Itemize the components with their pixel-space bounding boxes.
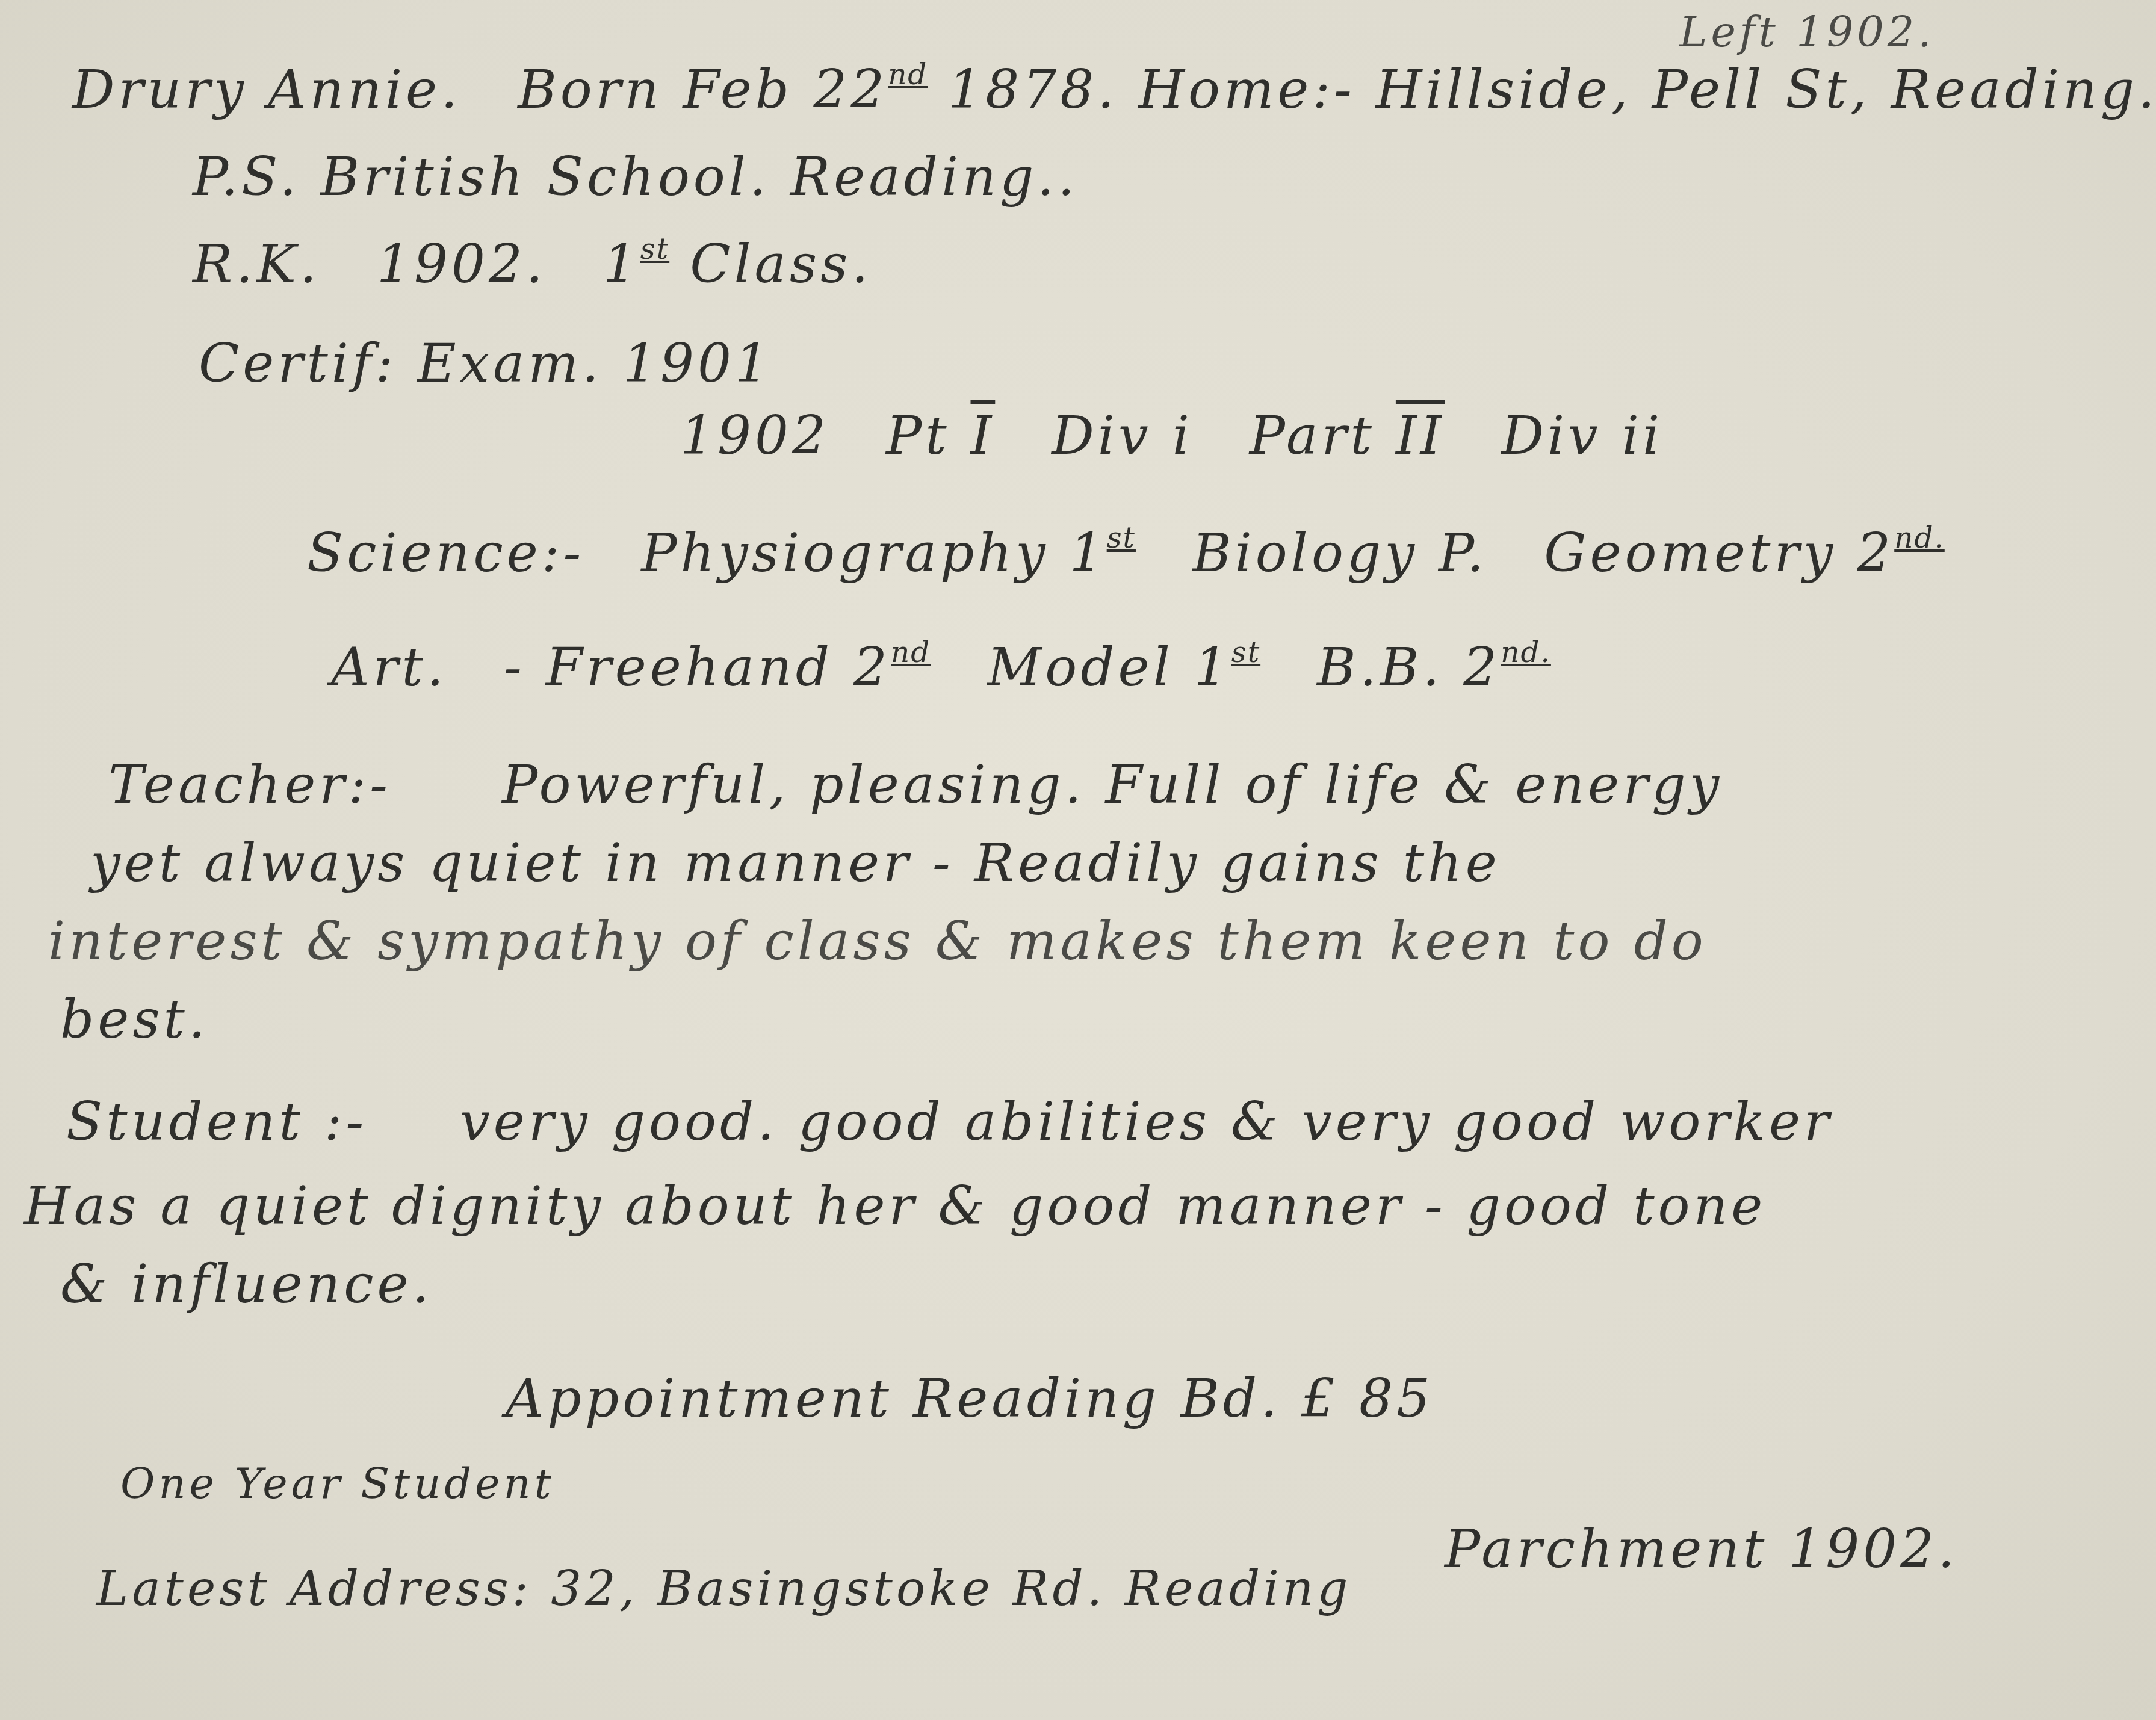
art-freehand-grade: 2 — [853, 636, 891, 698]
left-note: Left 1902. — [1679, 11, 1935, 53]
science-physiography-grade: 1 — [1070, 522, 1107, 584]
certif-part2: Part — [1250, 404, 1375, 466]
header-line: Drury Annie. Born Feb 22nd 1878. Home:- … — [72, 60, 2156, 116]
art-model-grade: 1 — [1194, 636, 1231, 698]
rk-class-number: 1 — [603, 233, 640, 295]
science-geometry-grade: 2 — [1857, 522, 1894, 584]
certif-line-1: Certif: Exam. 1901 — [199, 337, 772, 390]
teacher-label: Teacher:- — [108, 758, 391, 811]
student-label: Student :- — [66, 1095, 367, 1148]
art-freehand-suffix: nd — [891, 638, 931, 667]
teacher-remark-1: Powerful, pleasing. Full of life & energ… — [502, 753, 1723, 815]
ps-line: P.S. British School. Reading.. — [193, 150, 1078, 203]
rk-year: 1902. — [377, 238, 547, 291]
born-date-suffix: nd — [888, 58, 928, 91]
teacher-remark-4: best. — [60, 993, 209, 1046]
art-line: Art. - Freehand 2nd Model 1st B.B. 2nd. — [331, 638, 1551, 694]
teacher-remark-3: interest & sympathy of class & makes the… — [48, 915, 1707, 968]
rk-class-suffix: st — [640, 232, 669, 266]
science-biology: Biology P. — [1192, 527, 1487, 580]
certif-year: 1902 — [680, 409, 829, 462]
art-bb-grade: 2 — [1463, 636, 1501, 698]
rk-class-word: Class. — [690, 233, 872, 295]
student-remark-3: & influence. — [60, 1258, 433, 1311]
certif-div1: Div i — [1052, 409, 1193, 462]
certif-exam: Exam. 1901 — [417, 332, 772, 394]
art-model-suffix: st — [1231, 638, 1260, 667]
science-geometry: Geometry — [1544, 522, 1836, 584]
certif-pt-number: I — [971, 409, 996, 462]
certif-div2: Div ii — [1501, 404, 1663, 466]
science-geometry-suffix: nd. — [1894, 521, 1945, 555]
art-label: Art. — [331, 641, 447, 694]
certif-pt: Pt — [886, 404, 950, 466]
science-line: Science:- Physiography 1st Biology P. Ge… — [307, 524, 1945, 580]
science-label: Science:- — [307, 527, 584, 580]
home-address: Home:- Hillside, Pell St, Reading. — [1138, 58, 2156, 120]
student-remark-2: Has a quiet dignity about her & good man… — [24, 1180, 1766, 1233]
certif-part2-number: II — [1396, 409, 1445, 462]
parchment-line: Parchment 1902. — [1445, 1523, 1958, 1576]
student-remark-1: very good. good abilities & very good wo… — [460, 1090, 1833, 1152]
latest-address: Latest Address: 32, Basingstoke Rd. Read… — [96, 1565, 1351, 1613]
art-bb-suffix: nd. — [1501, 636, 1551, 669]
appointment-line: Appointment Reading Bd. £ 85 — [506, 1372, 1434, 1425]
science-physiography-suffix: st — [1107, 524, 1136, 552]
one-year-student: One Year Student — [120, 1462, 555, 1505]
born-date: Feb 22 — [683, 58, 888, 120]
certif-line-2: 1902 Pt I Div i Part II Div ii — [680, 409, 1663, 462]
art-model: Model — [987, 636, 1174, 698]
teacher-line-1: Teacher:- Powerful, pleasing. Full of li… — [108, 758, 1723, 811]
science-physiography: Physiography — [641, 522, 1049, 584]
student-line-1: Student :- very good. good abilities & v… — [66, 1095, 1833, 1148]
born-label: Born — [518, 58, 662, 120]
student-name: Drury Annie. — [72, 63, 461, 116]
art-freehand: - Freehand — [504, 636, 833, 698]
rk-line: R.K. 1902. 1st Class. — [193, 235, 872, 291]
rk-label: R.K. — [193, 238, 320, 291]
art-bb: B.B. — [1317, 636, 1443, 698]
born-year: 1878. — [948, 58, 1118, 120]
ledger-page: Left 1902. Drury Annie. Born Feb 22nd 18… — [0, 0, 2156, 1720]
certif-label: Certif: — [199, 332, 397, 394]
teacher-remark-2: yet always quiet in manner - Readily gai… — [90, 837, 1501, 889]
